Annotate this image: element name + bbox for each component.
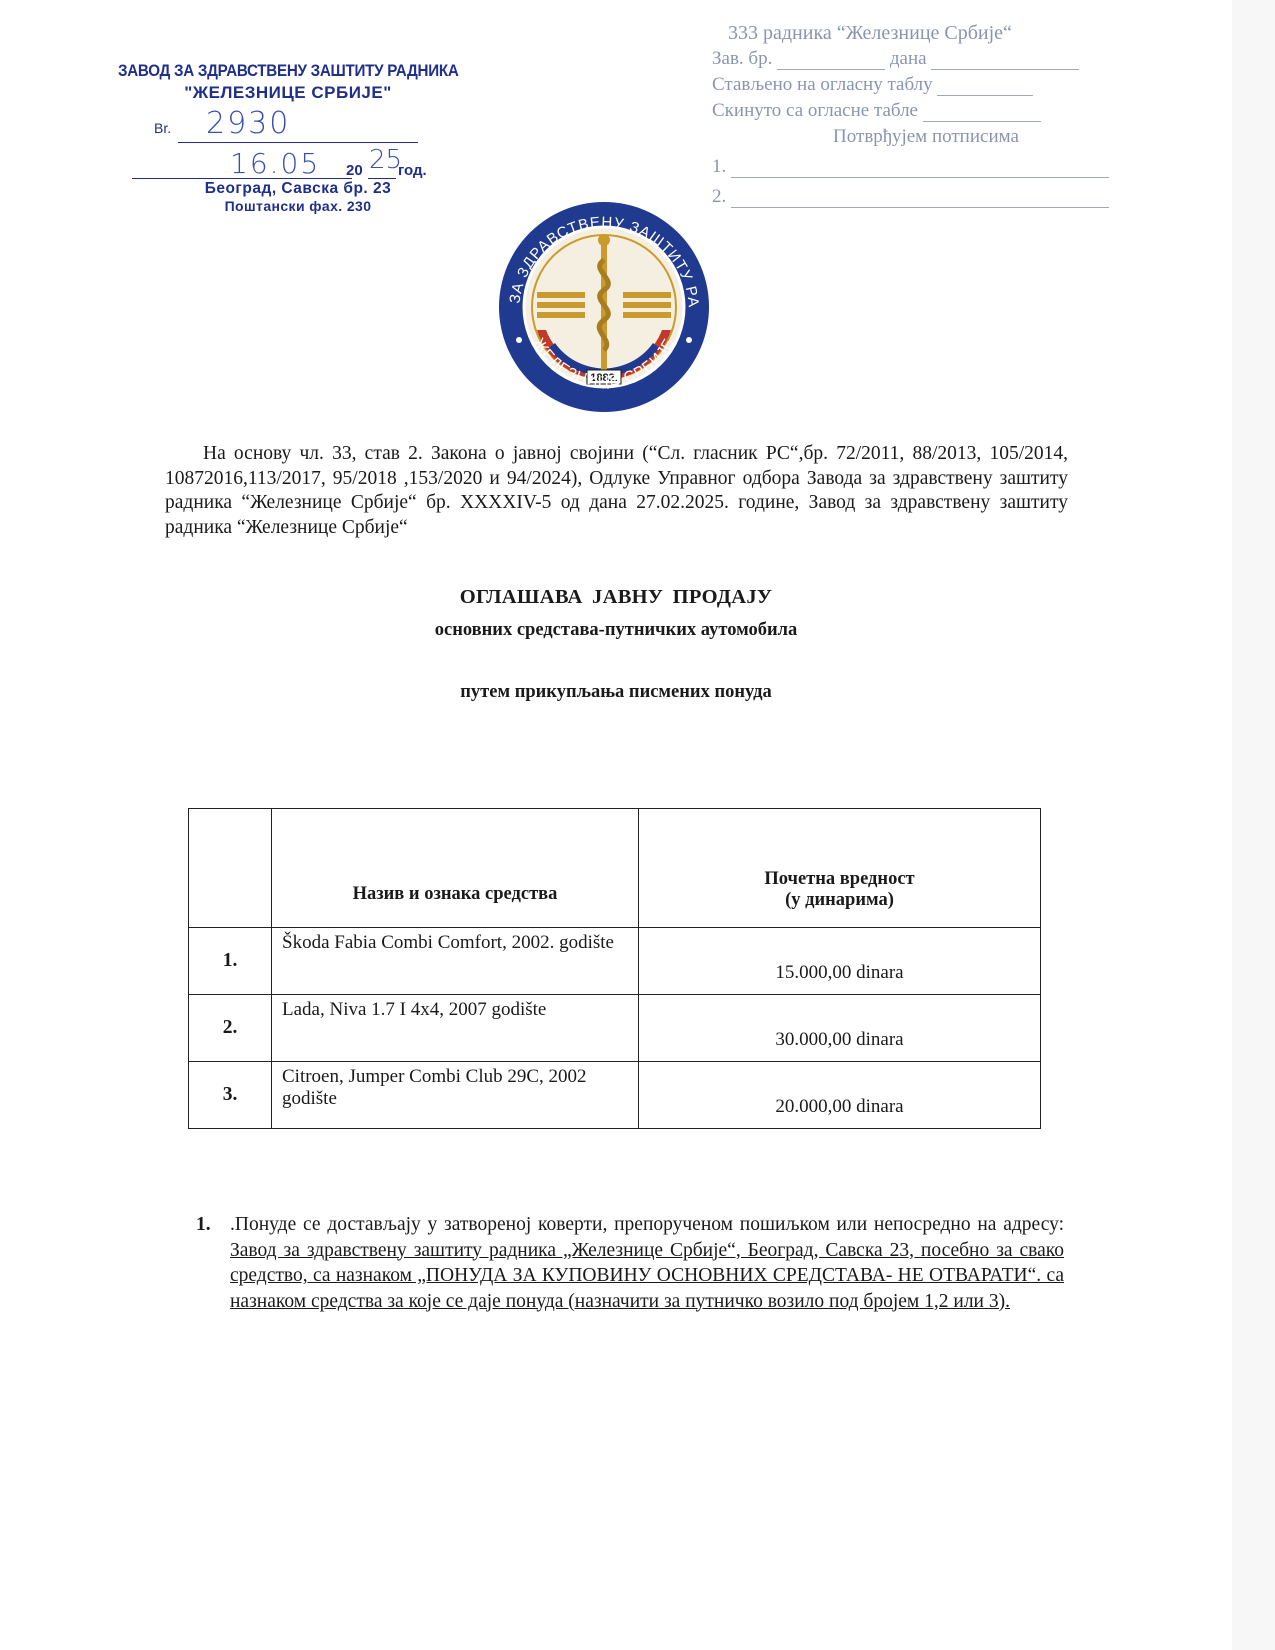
notice-stamp-sig2-label: 2. bbox=[712, 186, 726, 207]
stamp-address: Београд, Савска бр. 23 bbox=[178, 180, 418, 198]
archive-number-blank bbox=[777, 69, 885, 70]
stamp-org-subname: "ЖЕЛЕЗНИЦЕ СРБИЈЕ" bbox=[118, 83, 458, 103]
notice-stamp-posted-row: Стављено на огласну таблу bbox=[712, 74, 1110, 100]
removed-blank bbox=[923, 121, 1041, 122]
signature-1-blank bbox=[731, 177, 1109, 178]
registration-stamp: ЗАВОД ЗА ЗДРАВСТВЕНУ ЗАШТИТУ РАДНИКА "ЖЕ… bbox=[118, 62, 458, 103]
row-number: 3. bbox=[189, 1062, 272, 1129]
row-starting-value: 20.000,00 dinara bbox=[639, 1062, 1041, 1129]
table-row: 3. Citroen, Jumper Combi Club 29C, 2002 … bbox=[189, 1062, 1041, 1129]
stamp-year-prefix: 20 bbox=[346, 162, 363, 179]
stamp-org-name: ЗАВОД ЗА ЗДРАВСТВЕНУ ЗАШТИТУ РАДНИКА bbox=[118, 62, 431, 81]
header-number bbox=[189, 809, 272, 928]
notice-stamp-date-label: дана bbox=[890, 48, 927, 69]
row-starting-value: 15.000,00 dinara bbox=[639, 928, 1041, 995]
legal-basis-paragraph: На основу чл. 33, став 2. Закона о јавно… bbox=[165, 442, 1068, 540]
institute-logo-emblem: 1882. ЗАВОД ЗА ЗДРАВСТВЕНУ ЗАШТИТУ РАДНИ… bbox=[497, 200, 711, 414]
condition-plain-text: .Понуде се достављају у затвореној ковер… bbox=[230, 1214, 1064, 1235]
table-row: 1. Škoda Fabia Combi Comfort, 2002. godi… bbox=[189, 928, 1041, 995]
header-starting-value: Почетна вредност (у динарима) bbox=[639, 809, 1041, 928]
table-row: 2. Lada, Niva 1.7 I 4x4, 2007 godište 30… bbox=[189, 995, 1041, 1062]
stamp-po-box: Поштански фах. 230 bbox=[178, 198, 418, 214]
stamp-reg-number: 2930 bbox=[206, 106, 290, 141]
row-asset-name: Citroen, Jumper Combi Club 29C, 2002 god… bbox=[272, 1062, 639, 1129]
row-asset-name: Škoda Fabia Combi Comfort, 2002. godište bbox=[272, 928, 639, 995]
notice-stamp-removed-row: Скинуто са огласне табле bbox=[712, 100, 1110, 126]
notice-stamp-posted-label: Стављено на огласну таблу bbox=[712, 74, 933, 95]
announcement-method: путем прикупљања писмених понуда bbox=[0, 682, 1232, 703]
notice-stamp-removed-label: Скинуто са огласне табле bbox=[712, 100, 918, 121]
notice-stamp-sig1-label: 1. bbox=[712, 156, 726, 177]
stamp-reg-label: Br. bbox=[154, 120, 171, 136]
header-value-line1: Почетна вредност bbox=[639, 869, 1040, 890]
notice-stamp-archive-row: Зав. бр. дана bbox=[712, 48, 1110, 74]
stamp-year-line bbox=[368, 178, 396, 179]
condition-number: 1. bbox=[196, 1212, 211, 1238]
page-edge bbox=[1232, 0, 1275, 1650]
date-blank bbox=[931, 69, 1079, 70]
signature-2-blank bbox=[731, 207, 1109, 208]
header-value-line2: (у динарима) bbox=[639, 890, 1040, 911]
stamp-year-label: год. bbox=[398, 162, 427, 179]
announcement-title: ОГЛАШАВА ЈАВНУ ПРОДАЈУ bbox=[0, 586, 1232, 609]
notice-stamp-archive-label: Зав. бр. bbox=[712, 48, 772, 69]
row-asset-name: Lada, Niva 1.7 I 4x4, 2007 godište bbox=[272, 995, 639, 1062]
condition-item-1: 1. .Понуде се достављају у затвореној ко… bbox=[196, 1212, 1064, 1314]
stamp-date-line bbox=[132, 178, 352, 179]
stamp-reg-line bbox=[178, 142, 418, 143]
notice-stamp-title: 333 радника “Железнице Србије“ bbox=[712, 22, 1110, 48]
condition-delivery-address: Завод за здравствену заштиту радника „Же… bbox=[230, 1240, 1064, 1312]
posted-blank bbox=[937, 95, 1033, 96]
notice-stamp-sig2-row: 2. bbox=[712, 186, 1110, 212]
notice-board-stamp: 333 радника “Железнице Србије“ Зав. бр. … bbox=[712, 22, 1110, 212]
row-starting-value: 30.000,00 dinara bbox=[639, 995, 1041, 1062]
condition-text: .Понуде се достављају у затвореној ковер… bbox=[230, 1212, 1064, 1314]
table-header-row: Назив и ознака средства Почетна вредност… bbox=[189, 809, 1041, 928]
row-number: 1. bbox=[189, 928, 272, 995]
row-number: 2. bbox=[189, 995, 272, 1062]
notice-stamp-confirm: Потврђујем потписима bbox=[712, 126, 1110, 152]
assets-table: Назив и ознака средства Почетна вредност… bbox=[188, 808, 1041, 1129]
announcement-subtitle: основних средстава-путничких аутомобила bbox=[0, 620, 1232, 641]
notice-stamp-sig1-row: 1. bbox=[712, 156, 1110, 182]
stamp-date: 16.05 bbox=[230, 147, 320, 180]
header-asset-name: Назив и ознака средства bbox=[272, 809, 639, 928]
